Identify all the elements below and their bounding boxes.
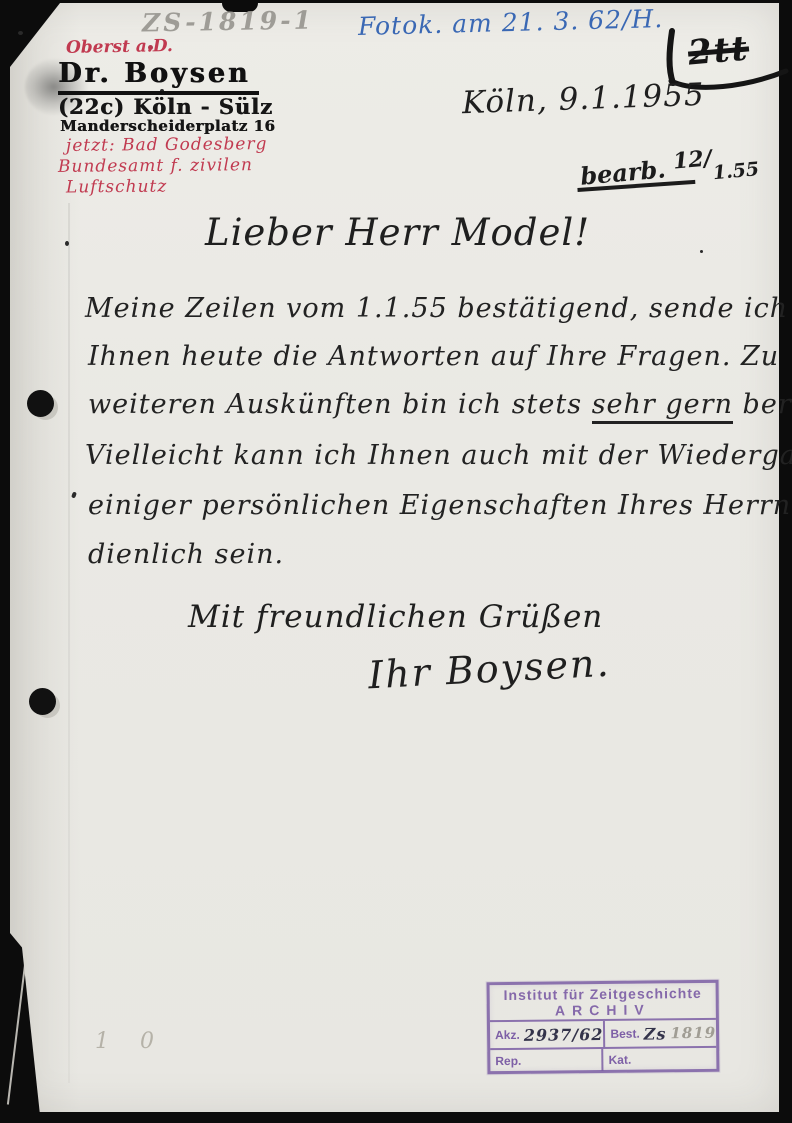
cancelled-number: 2tt — [686, 28, 750, 73]
akz-label: Akz. — [495, 1028, 520, 1042]
kat-cell: Kat. — [603, 1048, 716, 1071]
body-line: Ihnen heute die Antworten auf Ihre Frage… — [88, 341, 779, 372]
best-label: Best. — [610, 1027, 639, 1041]
body-line: dienlich sein. — [88, 539, 284, 570]
best-value-ink: Zs — [644, 1024, 667, 1043]
signature: Ihr Boysen. — [367, 641, 612, 698]
forwarding-note-line3: Luftschutz — [66, 177, 167, 198]
body-line3-post: bereit. — [733, 389, 792, 420]
best-value-pencil: 1819 — [670, 1024, 716, 1042]
processed-numerator: 12/ — [672, 145, 713, 174]
place-date: Köln, 9.1.1955 — [461, 77, 705, 121]
archive-stamp-row: Akz. 2937/62 Best. Zs 1819 — [490, 1020, 716, 1050]
forwarding-note-line1: jetzt: Bad Godesberg — [66, 134, 268, 156]
letterhead-name: Dr. Boysen — [58, 58, 259, 95]
pencil-signature-annotation: ZS-1819-1 — [142, 6, 314, 38]
punch-hole — [27, 390, 54, 417]
body-line: weiteren Auskünften bin ich stets sehr g… — [88, 389, 792, 420]
body-line3-pre: weiteren Auskünften bin ich stets — [88, 389, 592, 420]
body-line3-underlined: sehr gern — [592, 389, 733, 424]
scan-background: { "document": { "marks": { "pencil_signa… — [0, 0, 792, 1123]
body-line: einiger persönlichen Eigenschaften Ihres… — [88, 490, 792, 521]
best-cell: Best. Zs 1819 — [605, 1020, 716, 1047]
processed-note: bearb. 12/1.55 — [579, 141, 760, 195]
rep-label: Rep. — [495, 1054, 521, 1068]
fold-crease — [68, 203, 70, 1083]
archive-stamp-archiv: ARCHIV — [490, 1001, 716, 1019]
processed-denominator: 1.55 — [712, 158, 760, 184]
photocopy-note-annotation: Fotok. am 21. 3. 62/H. — [358, 4, 664, 41]
body-line: Vielleicht kann ich Ihnen auch mit der W… — [85, 440, 792, 471]
pencil-page-number: 1 0 — [95, 1029, 166, 1054]
akz-cell: Akz. 2937/62 — [490, 1021, 606, 1048]
letterhead-city: (22c) Köln - Sülz — [58, 94, 273, 119]
salutation: Lieber Herr Model! — [205, 211, 590, 254]
document-page: ZS-1819-1 Fotok. am 21. 3. 62/H. 2tt Obe… — [10, 3, 779, 1112]
speck — [700, 250, 703, 253]
punch-hole — [29, 688, 56, 715]
archive-stamp: Institut für Zeitgeschichte ARCHIV Akz. … — [487, 980, 720, 1074]
letterhead-rank: Oberst a.D. — [66, 36, 173, 58]
body-line: Meine Zeilen vom 1.1.55 bestätigend, sen… — [85, 293, 788, 324]
closing: Mit freundlichen Grüßen — [188, 599, 603, 635]
speck — [18, 31, 23, 35]
archive-stamp-header: Institut für Zeitgeschichte ARCHIV — [490, 983, 716, 1022]
forwarding-note-line2: Bundesamt f. zivilen — [58, 155, 253, 177]
letterhead-street: Manderscheiderplatz 16 — [60, 117, 275, 135]
speck — [65, 241, 69, 246]
archive-stamp-row: Rep. Kat. — [490, 1048, 716, 1072]
akz-value: 2937/62 — [524, 1024, 604, 1044]
kat-label: Kat. — [608, 1053, 631, 1067]
rep-cell: Rep. — [490, 1049, 603, 1072]
speck — [71, 491, 77, 498]
